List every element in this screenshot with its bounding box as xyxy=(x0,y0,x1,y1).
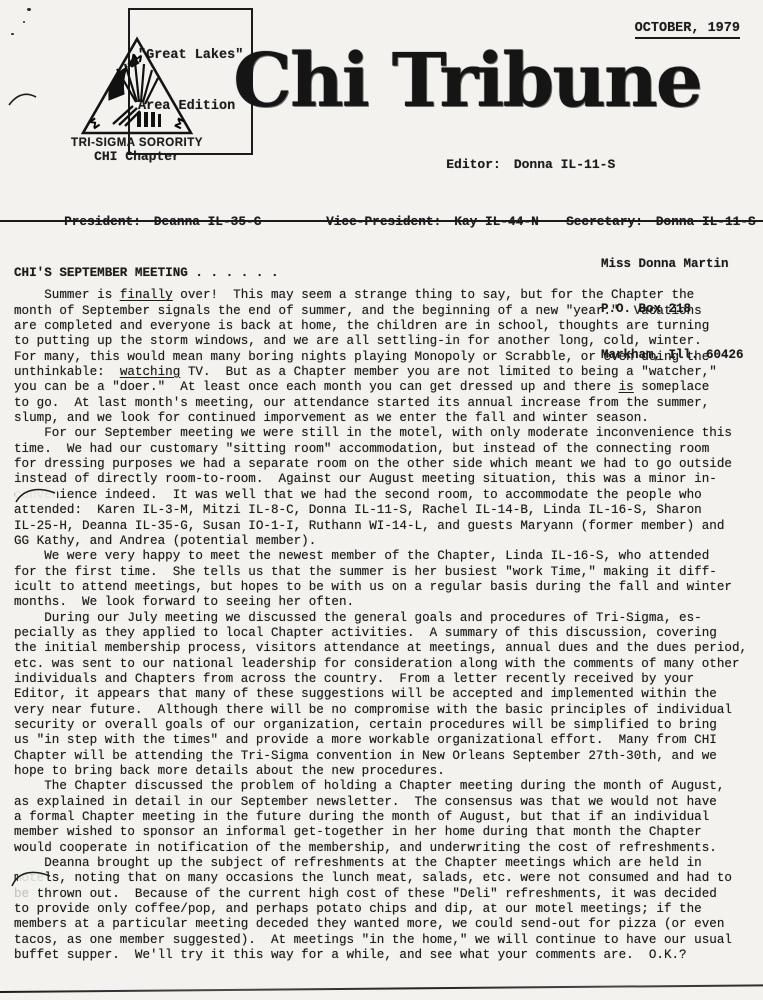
article-heading: CHI'S SEPTEMBER MEETING . . . . . . xyxy=(14,266,762,281)
scan-speck xyxy=(23,21,25,23)
scan-speck xyxy=(11,33,14,35)
editor-label: Editor: xyxy=(446,157,501,172)
vice-president-label: Vice-President: xyxy=(326,214,441,229)
text-line: a formal Chapter meeting in the future d… xyxy=(14,810,762,825)
text-line: months. We look forward to seeing her of… xyxy=(14,595,762,610)
text-line: are completed and everyone is back at ho… xyxy=(14,319,762,334)
officer-president: President:Deanna IL-35-G xyxy=(18,199,261,244)
text-line: attended: Karen IL-3-M, Mitzi IL-8-C, Do… xyxy=(14,503,762,518)
text-line: security or overall goals of our organiz… xyxy=(14,718,762,733)
text-line: to provide only coffee/pop, and perhaps … xyxy=(14,902,762,917)
sigma-glyph-right: Σ xyxy=(172,116,186,133)
text-segment: unthinkable: xyxy=(14,365,120,379)
text-line: etc. was sent to our national leadership… xyxy=(14,657,762,672)
text-line: Editor, it appears that many of these su… xyxy=(14,687,762,702)
text-line: us "in step with the times" and provide … xyxy=(14,733,762,748)
text-line: time. We had our customary "sitting room… xyxy=(14,442,762,457)
officers-bar: President:Deanna IL-35-G Vice-President:… xyxy=(0,199,763,222)
text-line: slump, and we look for continued imporve… xyxy=(14,411,762,426)
underlined-text: is xyxy=(619,380,634,394)
text-segment: you can be a "doer." At least once each … xyxy=(14,380,619,394)
text-line: as explained in detail in our September … xyxy=(14,795,762,810)
sorority-logo: Σ Σ Σ xyxy=(70,36,204,164)
text-line: be thrown out. Because of the current hi… xyxy=(14,887,762,902)
text-line: We were very happy to meet the newest me… xyxy=(14,549,762,564)
sigma-glyph-left: Σ xyxy=(87,116,103,133)
text-line: Chapter will be attending the Tri-Sigma … xyxy=(14,749,762,764)
editor-line: Editor:Donna IL-11-S xyxy=(415,142,615,187)
sorority-name: TRI-SIGMA SORORITY xyxy=(70,137,204,149)
text-line: pecially as they applied to local Chapte… xyxy=(14,626,762,641)
text-line: instead of directly room-to-room. Agains… xyxy=(14,472,762,487)
page-bottom-edge xyxy=(0,984,763,993)
text-line: to go. At last month's meeting, our atte… xyxy=(14,396,762,411)
scan-speck xyxy=(27,8,31,11)
underlined-text: finally xyxy=(120,288,173,302)
text-line: would cooperate in notification of the m… xyxy=(14,841,762,856)
issue-date: OCTOBER, 1979 xyxy=(635,21,740,39)
text-line: icult to attend meetings, but hopes to b… xyxy=(14,580,762,595)
text-line: hope to bring back more details about th… xyxy=(14,764,762,779)
tri-sigma-triangle-icon: Σ Σ Σ xyxy=(79,36,195,136)
text-line: motels, noting that on many occasions th… xyxy=(14,871,762,886)
text-line: individuals and Chapters from across the… xyxy=(14,672,762,687)
text-line: you can be a "doer." At least once each … xyxy=(14,380,762,395)
text-line: Deanna brought up the subject of refresh… xyxy=(14,856,762,871)
text-line: convenience indeed. It was well that we … xyxy=(14,488,762,503)
editor-name: Donna IL-11-S xyxy=(514,157,615,172)
text-line: unthinkable: watching TV. But as a Chapt… xyxy=(14,365,762,380)
text-line: Summer is finally over! This may seem a … xyxy=(14,288,762,303)
article-body: CHI'S SEPTEMBER MEETING . . . . . . Summ… xyxy=(14,266,762,963)
text-line: The Chapter discussed the problem of hol… xyxy=(14,779,762,794)
text-line: month of September signals the end of su… xyxy=(14,304,762,319)
text-line: members at a particular meeting deceded … xyxy=(14,917,762,932)
article-paragraphs: Summer is finally over! This may seem a … xyxy=(14,288,762,963)
text-line: for the first time. She tells us that th… xyxy=(14,565,762,580)
text-line: buffet supper. We'll try it this way for… xyxy=(14,948,762,963)
chapter-name: CHI Chapter xyxy=(70,149,204,164)
underlined-text: watching xyxy=(120,365,180,379)
president-name: Deanna IL-35-G xyxy=(154,214,262,229)
text-line: member wished to sponsor an informal get… xyxy=(14,825,762,840)
officer-vice-president: Vice-President:Kay IL-44-N xyxy=(280,199,539,244)
text-line: for dressing purposes we had a separate … xyxy=(14,457,762,472)
text-line: very near future. Although there will be… xyxy=(14,703,762,718)
text-line: tacos, as one member suggested). At meet… xyxy=(14,933,762,948)
page-fold-fade-artifact xyxy=(12,887,38,900)
text-line: GG Kathy, and Andrea (potential member). xyxy=(14,534,762,549)
text-line: IL-25-H, Deanna IL-35-G, Susan IO-1-I, R… xyxy=(14,519,762,534)
text-line: to putting up the storm windows, and we … xyxy=(14,334,762,349)
text-segment: Summer is xyxy=(14,288,120,302)
page-curl-artifact xyxy=(13,485,71,507)
newsletter-page: "Great Lakes" Area Edition OCTOBER, 1979… xyxy=(0,0,763,1000)
text-line: For our September meeting we were still … xyxy=(14,426,762,441)
masthead-title: Chi Tribune xyxy=(228,44,706,118)
text-line: the initial membership process, visitors… xyxy=(14,641,762,656)
text-segment: over! This may seem a strange thing to s… xyxy=(173,288,694,302)
page-curl-artifact xyxy=(8,88,38,108)
president-label: President: xyxy=(64,214,141,229)
text-line: For many, this would mean many boring ni… xyxy=(14,350,762,365)
text-segment: TV. But as a Chapter member you are not … xyxy=(180,365,717,379)
text-line: During our July meeting we discussed the… xyxy=(14,611,762,626)
text-segment: someplace xyxy=(634,380,710,394)
